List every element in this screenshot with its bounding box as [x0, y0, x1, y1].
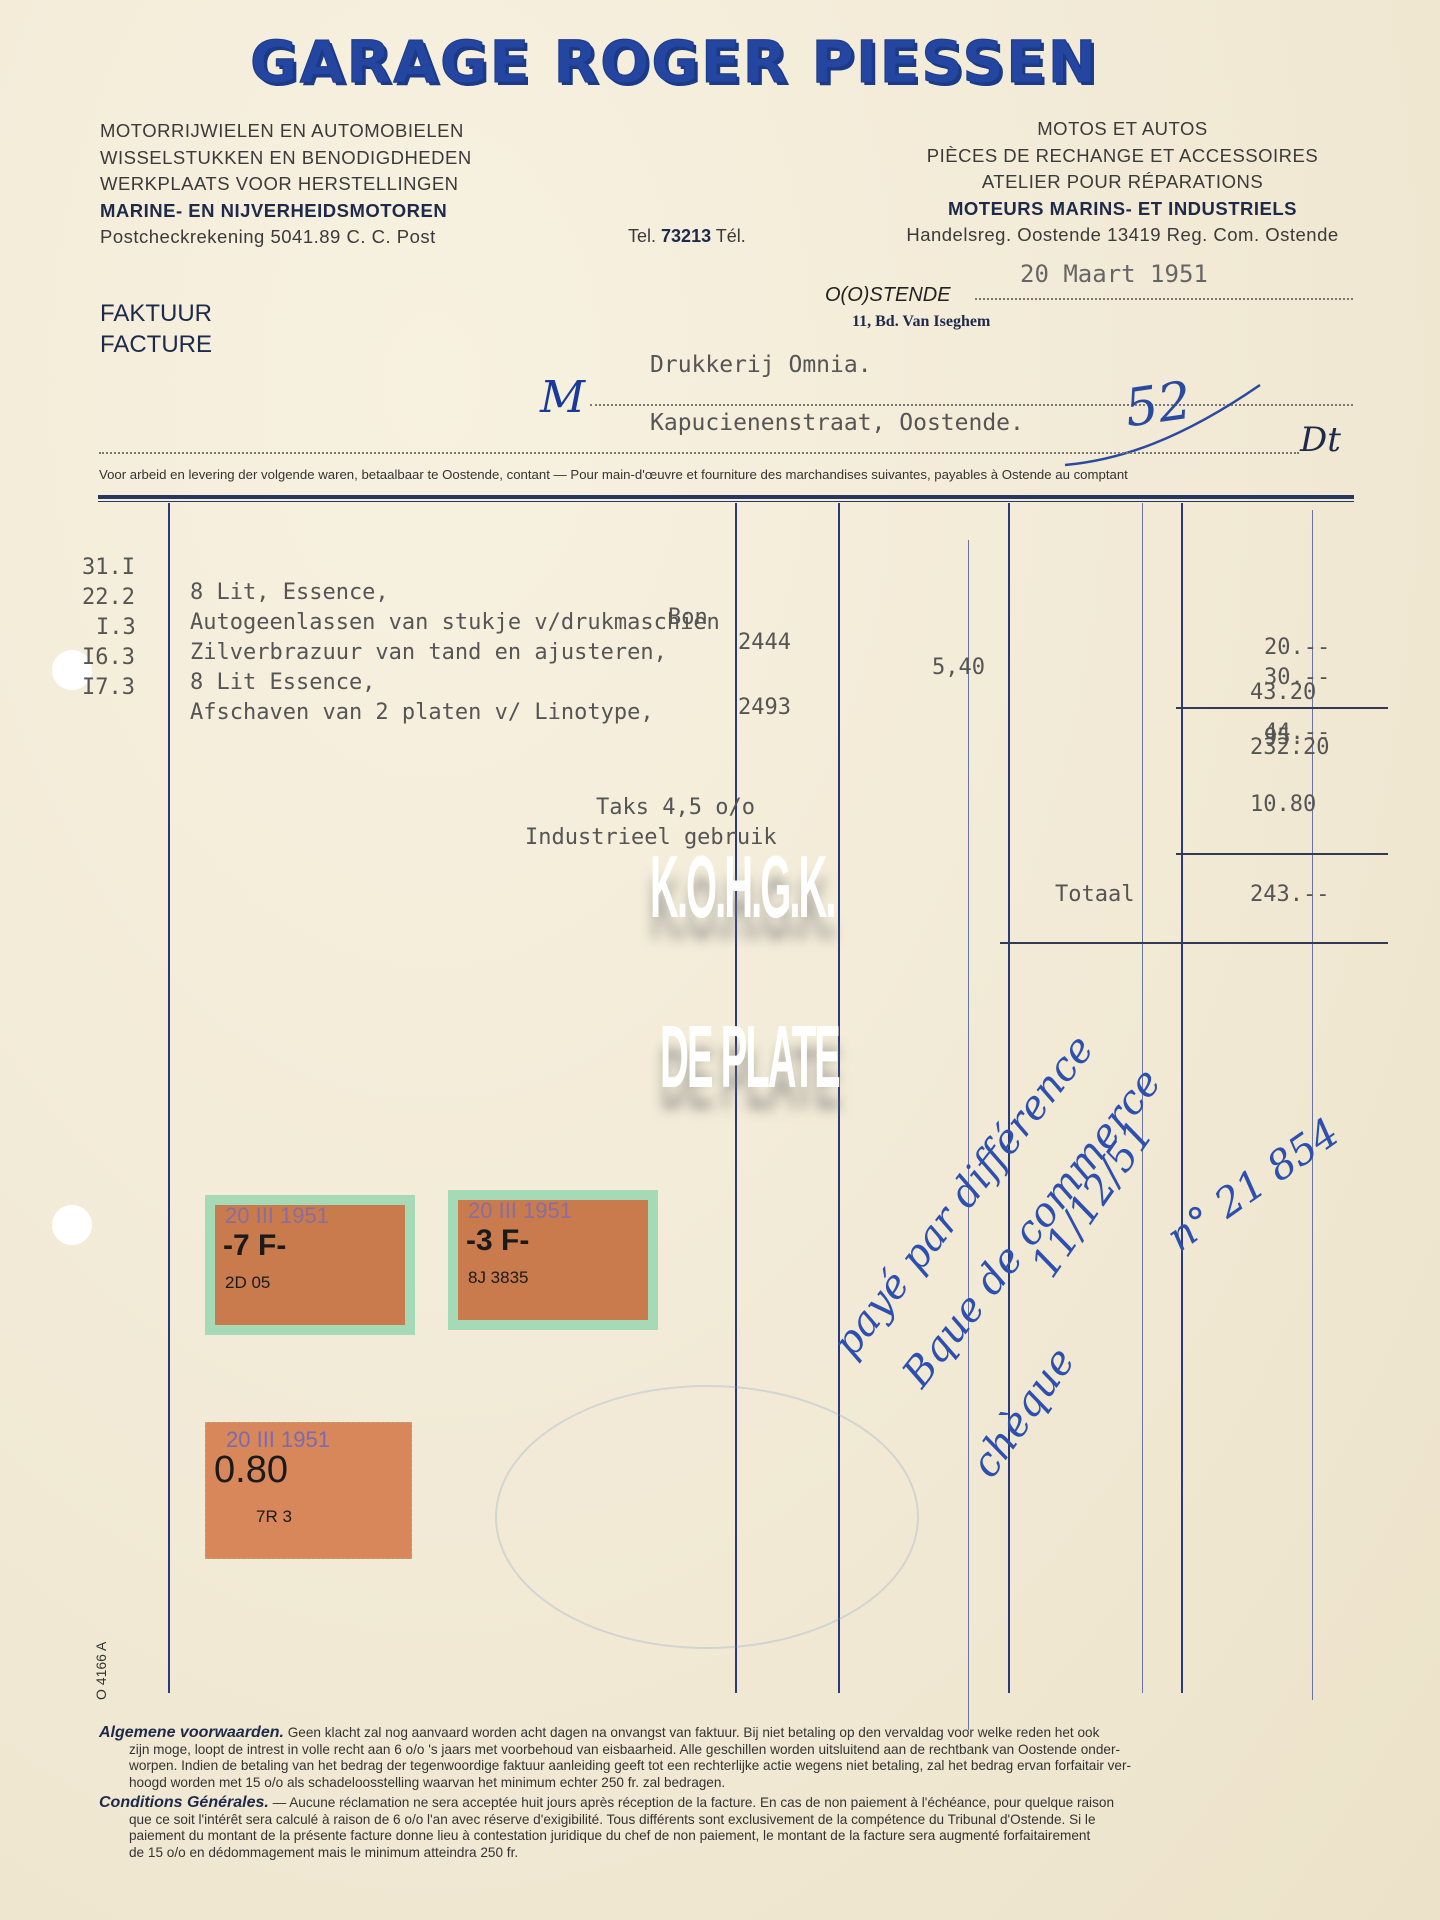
- item-description: Autogeenlassen van stukje v/drukmaschien: [190, 610, 720, 635]
- handwritten-stroke-icon: [1060, 380, 1270, 470]
- item-date: I6.3: [82, 645, 135, 670]
- item-description: 8 Lit Essence,: [190, 670, 375, 695]
- total-amount: 243.--: [1250, 882, 1329, 907]
- revenue-stamp-7f: 20 III 1951 -7 F- 2D 05: [205, 1195, 415, 1335]
- revenue-stamp-3f: 20 III 1951 -3 F- 8J 3835: [448, 1190, 658, 1330]
- company-name: Garage Roger Piessen: [250, 28, 1098, 96]
- item-description: 8 Lit, Essence,: [190, 580, 389, 605]
- letterhead-line: MOTOS ET AUTOS: [890, 116, 1355, 143]
- conditions-fr-text: paiement du montant de la présente factu…: [99, 1828, 1359, 1845]
- form-number: O 4166 A: [93, 1642, 109, 1700]
- conditions-nl-text: zijn moge, loopt de intrest in volle rec…: [99, 1742, 1359, 1759]
- total-label: Totaal: [1055, 882, 1134, 907]
- letterhead-line: MOTEURS MARINS- ET INDUSTRIELS: [890, 196, 1355, 223]
- company-address: 11, Bd. Van Iseghem: [852, 313, 990, 331]
- recipient-street: Kapucienenstraat, Oostende.: [650, 410, 1024, 436]
- item-unit-price: 5,40: [932, 655, 985, 680]
- table-row: I7.3 Afschaven van 2 platen v/ Linotype,…: [0, 650, 53, 775]
- payment-terms-line: Voor arbeid en levering der volgende war…: [99, 467, 1354, 482]
- conditions-nl-text: Geen klacht zal nog aanvaard worden acht…: [288, 1725, 1100, 1740]
- conditions-nl-text: hoogd worden met 15 o/o als schadeloosst…: [99, 1775, 1359, 1792]
- conditions-nl-text: worpen. Indien de betaling van het bedra…: [99, 1758, 1359, 1775]
- letterhead-right-block: MOTOS ET AUTOS PIÈCES DE RECHANGE ET ACC…: [890, 116, 1355, 249]
- letterhead-left-block: MOTORRIJWIELEN EN AUTOMOBIELEN WISSELSTU…: [100, 118, 472, 251]
- tax-label: Taks 4,5 o/o: [596, 795, 755, 820]
- conditions-fr-text: que ce soit l'intérêt sera calculé à rai…: [99, 1812, 1359, 1829]
- subtotal-rule: [1176, 707, 1388, 709]
- recipient-prefix: M: [540, 372, 585, 423]
- tel-prefix: Tel.: [628, 226, 656, 246]
- general-conditions-fr: Conditions Générales. — Aucune réclamati…: [99, 1795, 1359, 1861]
- tax-rule: [1176, 853, 1388, 855]
- stamp-serial: 2D 05: [225, 1273, 270, 1293]
- postcheck-account: Postcheckrekening 5041.89 C. C. Post: [100, 224, 472, 251]
- telephone: Tel. 73213 Tél.: [628, 226, 746, 247]
- handwritten-note-line-5: n° 21 854: [1159, 1109, 1348, 1261]
- subtotal-amount: 232.20: [1250, 735, 1329, 760]
- conditions-fr-heading: Conditions Générales.: [99, 1794, 269, 1811]
- item-amount: 30.--: [1264, 665, 1330, 690]
- item-date: I.3: [96, 615, 136, 640]
- conditions-fr-text: — Aucune réclamation ne sera acceptée hu…: [273, 1795, 1114, 1810]
- item-ref: 2444: [738, 630, 791, 655]
- table-top-rule: [98, 495, 1354, 499]
- item-amount: 20.--: [1264, 635, 1330, 660]
- trade-register: Handelsreg. Oostende 13419 Reg. Com. Ost…: [890, 222, 1355, 249]
- letterhead-line: WISSELSTUKKEN EN BENODIGDHEDEN: [100, 145, 472, 172]
- stamp-value: -7 F-: [223, 1229, 286, 1263]
- item-date: I7.3: [82, 675, 135, 700]
- debit-label: Dt: [1300, 420, 1341, 460]
- faint-seal-oval: [495, 1385, 919, 1649]
- address-dotted-line: [99, 452, 1299, 454]
- item-date: 31.I: [82, 555, 135, 580]
- item-date: 22.2: [82, 585, 135, 610]
- column-divider-amount: [1181, 503, 1183, 1693]
- handwritten-note-line-4: chèque: [962, 1339, 1084, 1486]
- watermark-line-2: DE PLATE: [660, 1010, 839, 1109]
- document-type: FAKTUUR FACTURE: [100, 298, 212, 360]
- stamp-serial: 7R 3: [256, 1507, 292, 1527]
- stamp-cancel-date: 20 III 1951: [468, 1198, 572, 1224]
- doc-type-nl: FAKTUUR: [100, 298, 212, 329]
- table-top-rule-thin: [98, 501, 1354, 502]
- letterhead-line: WERKPLAATS VOOR HERSTELLINGEN: [100, 171, 472, 198]
- punch-hole-bottom: [52, 1205, 92, 1245]
- tel-suffix: Tél.: [716, 226, 746, 246]
- doc-type-fr: FACTURE: [100, 329, 212, 360]
- invoice-date: 20 Maart 1951: [1020, 260, 1208, 288]
- stamp-cancel-date: 20 III 1951: [225, 1203, 329, 1229]
- general-conditions-nl: Algemene voorwaarden. Geen klacht zal no…: [99, 1725, 1359, 1791]
- city-label: O(O)STENDE: [825, 284, 951, 307]
- stamp-serial: 8J 3835: [468, 1268, 529, 1288]
- letterhead-line: PIÈCES DE RECHANGE ET ACCESSOIRES: [890, 143, 1355, 170]
- column-divider-unit-decimals: [968, 540, 969, 1730]
- conditions-fr-text: de 15 o/o en dédommagement mais le minim…: [99, 1845, 1359, 1862]
- stamp-value: -3 F-: [466, 1224, 529, 1258]
- conditions-nl-heading: Algemene voorwaarden.: [99, 1724, 284, 1741]
- revenue-stamp-080: 20 III 1951 0.80 7R 3: [205, 1422, 412, 1559]
- letterhead-line: MARINE- EN NIJVERHEIDSMOTOREN: [100, 198, 472, 225]
- recipient-name: Drukkerij Omnia.: [650, 352, 872, 378]
- date-dotted-line: [975, 298, 1353, 300]
- watermark-line-1: K.O.H.G.K.: [650, 840, 834, 939]
- tel-number: 73213: [661, 226, 711, 246]
- item-ref: 2493: [738, 695, 791, 720]
- column-divider-date: [168, 503, 170, 1693]
- tax-amount: 10.80: [1250, 792, 1316, 817]
- item-description: Afschaven van 2 platen v/ Linotype,: [190, 700, 654, 725]
- letterhead-line: MOTORRIJWIELEN EN AUTOMOBIELEN: [100, 118, 472, 145]
- stamp-value: 0.80: [214, 1449, 288, 1492]
- total-rule: [1000, 942, 1388, 944]
- letterhead-line: ATELIER POUR RÉPARATIONS: [890, 169, 1355, 196]
- item-description: Zilverbrazuur van tand en ajusteren,: [190, 640, 667, 665]
